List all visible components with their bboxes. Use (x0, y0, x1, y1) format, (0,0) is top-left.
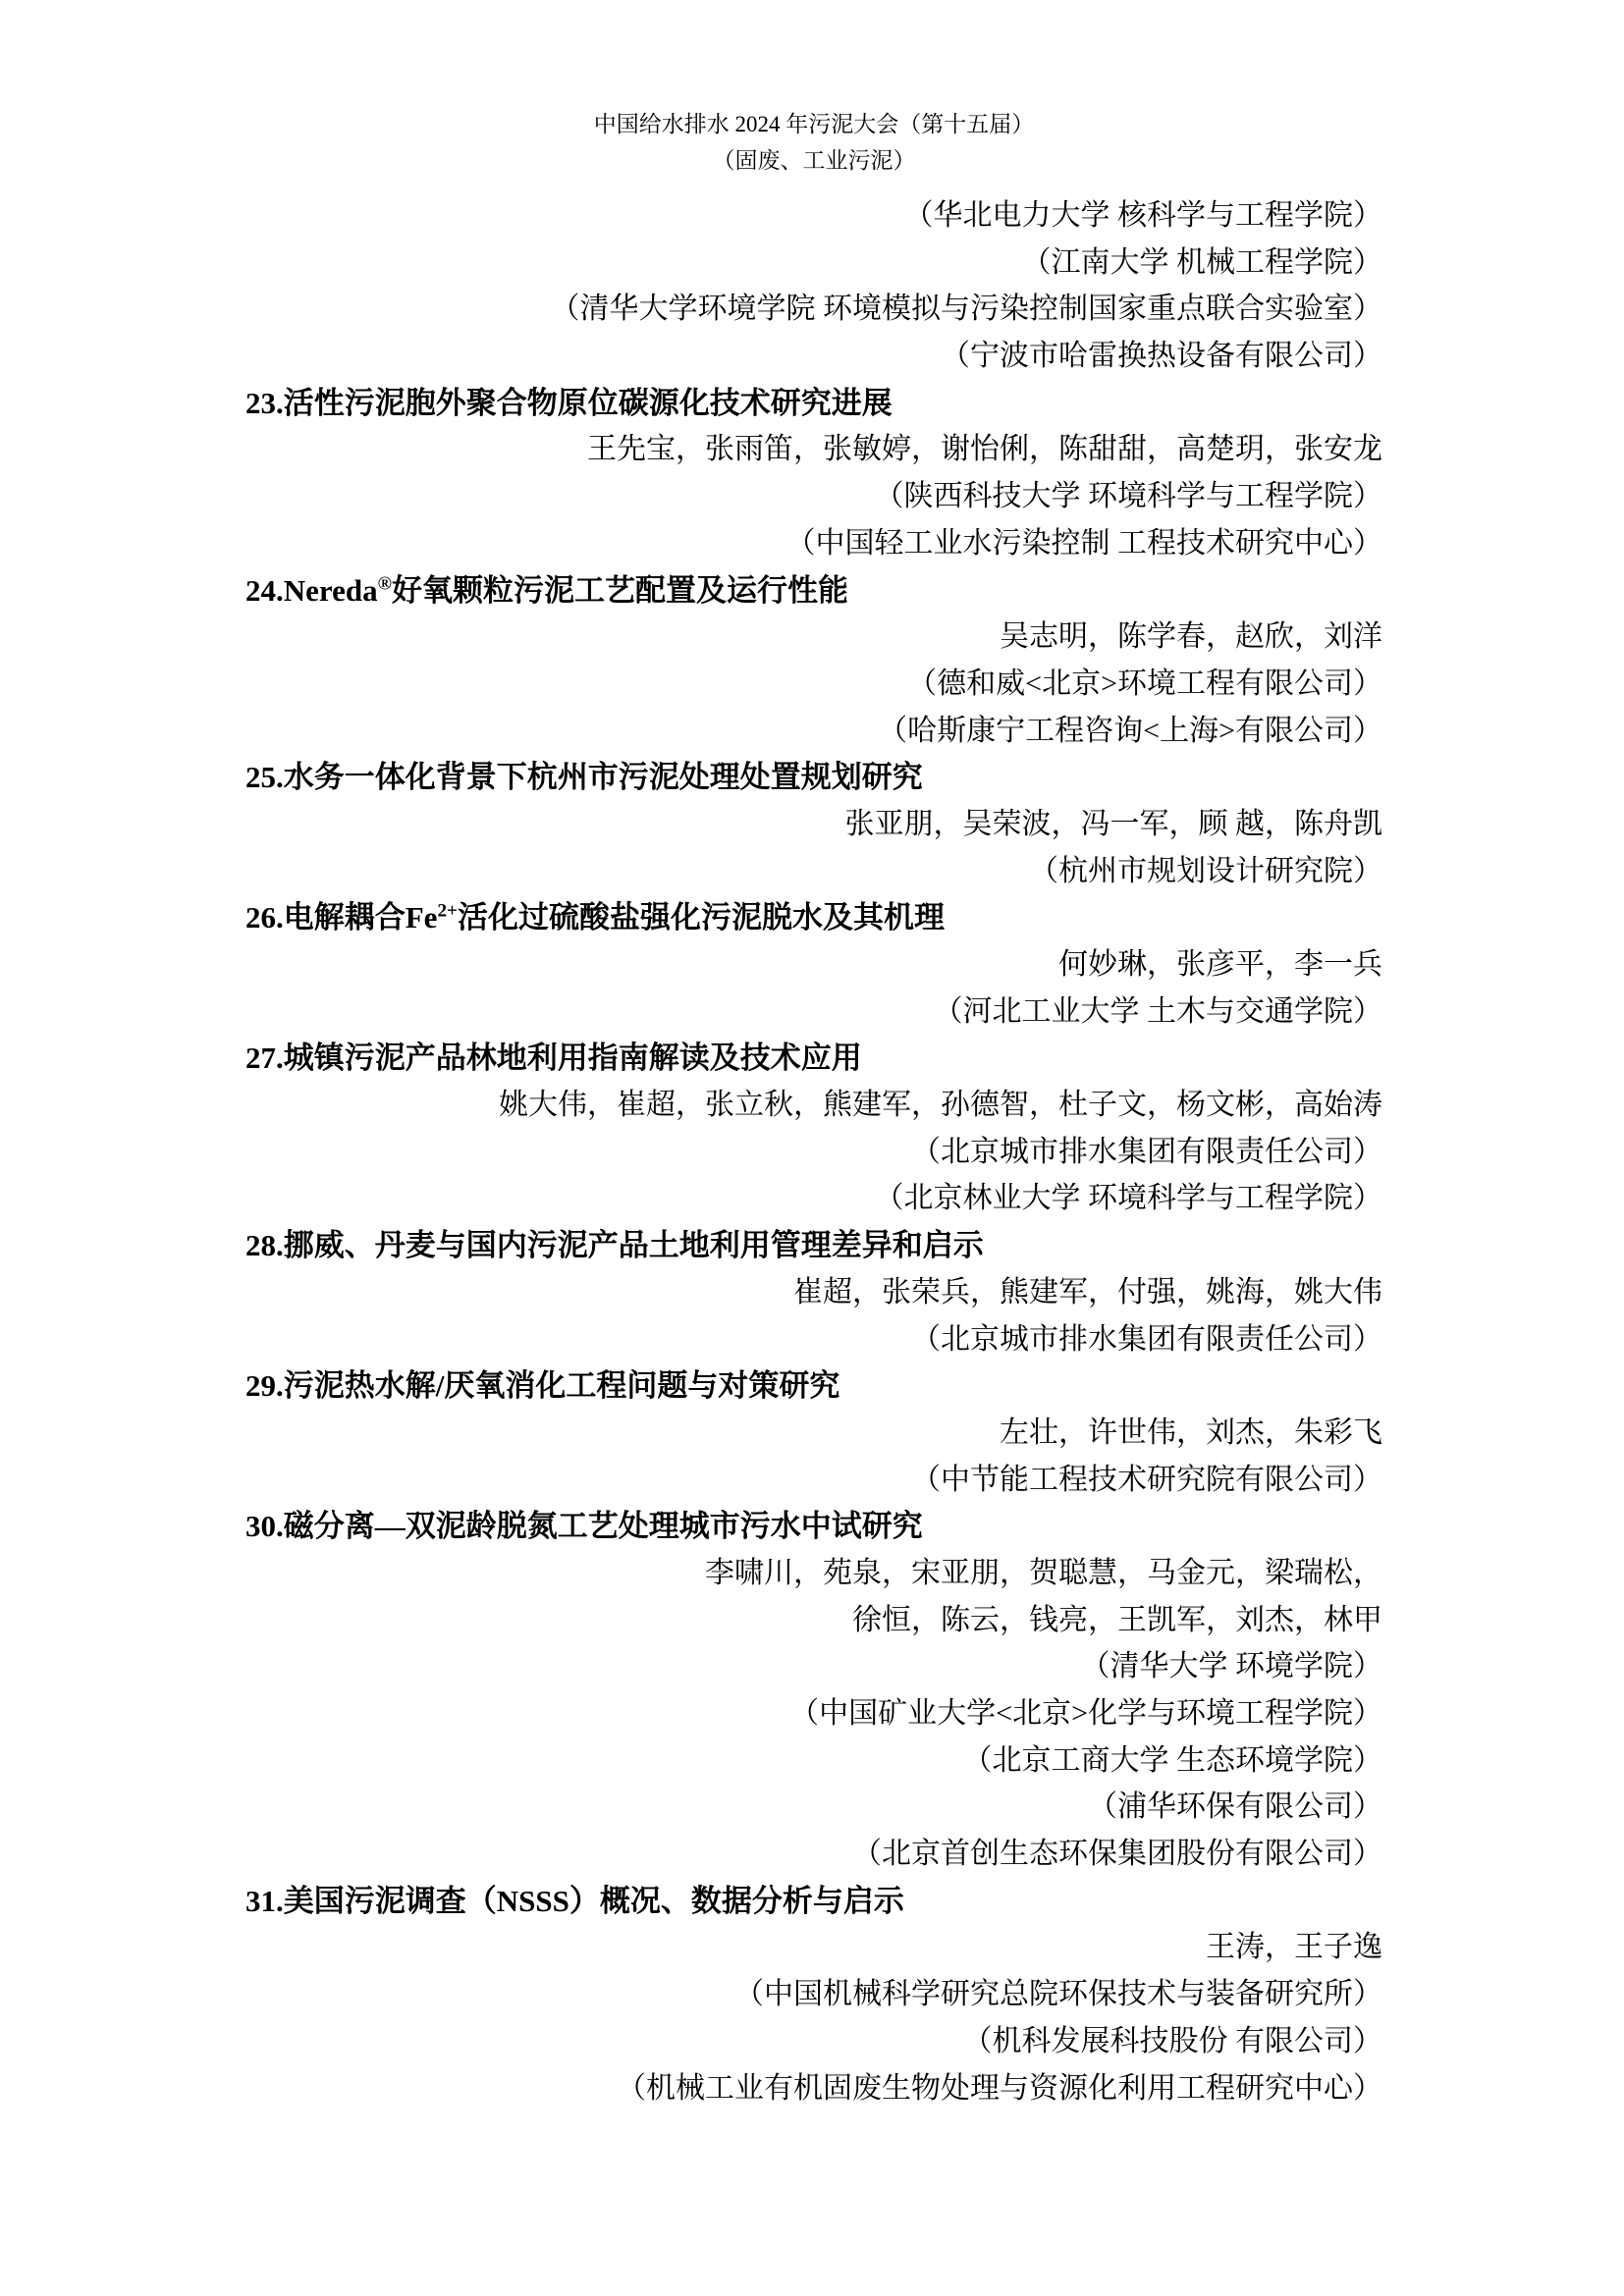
entry-number: 29. (245, 1368, 284, 1403)
entry-title-superscript: ® (378, 573, 392, 594)
entry-affiliation-line: （哈斯康宁工程咨询<上海>有限公司） (245, 708, 1382, 755)
paper-list: （华北电力大学 核科学与工程学院）（江南大学 机械工程学院）（清华大学环境学院 … (245, 192, 1382, 2111)
entry-number: 30. (245, 1509, 284, 1543)
entry-number: 25. (245, 760, 284, 794)
entry-author-line: 张亚朋，吴荣波，冯一军，顾 越，陈舟凯 (245, 801, 1382, 848)
entry-title-text: Nereda (284, 573, 378, 608)
entry-affiliation-line: （北京首创生态环保集团股份有限公司） (245, 1831, 1382, 1878)
entry-title: 31.美国污泥调查（NSSS）概况、数据分析与启示 (245, 1878, 1382, 1925)
entry-affiliation-line: （杭州市规划设计研究院） (245, 848, 1382, 895)
entry-affiliation-line: （机械工业有机固废生物处理与资源化利用工程研究中心） (245, 2065, 1382, 2112)
entry-affiliation-line: （中节能工程技术研究院有限公司） (245, 1457, 1382, 1504)
entry-affiliation-line: （中国矿业大学<北京>化学与环境工程学院） (245, 1690, 1382, 1737)
entry-title-text-after-sup: 活化过硫酸盐强化污泥脱水及其机理 (458, 900, 945, 934)
entry-number: 28. (245, 1228, 284, 1262)
entry-author-line: 徐恒，陈云，钱亮，王凯军，刘杰，林甲 (245, 1597, 1382, 1644)
carryover-affiliation-line: （宁波市哈雷换热设备有限公司） (245, 333, 1382, 380)
entry-author-line: 左壮，许世伟，刘杰，朱彩飞 (245, 1410, 1382, 1457)
entry-number: 23. (245, 386, 284, 420)
entry-affiliation-line: （清华大学 环境学院） (245, 1643, 1382, 1690)
entry-affiliation-line: （北京林业大学 环境科学与工程学院） (245, 1175, 1382, 1222)
entry-title-text: 电解耦合Fe (284, 900, 438, 934)
document-header: 中国给水排水 2024 年污泥大会（第十五届） （固废、工业污泥） (245, 106, 1382, 179)
entry-author-line: 吴志明，陈学春，赵欣，刘洋 (245, 614, 1382, 661)
entry-title: 23.活性污泥胞外聚合物原位碳源化技术研究进展 (245, 380, 1382, 427)
entry-affiliation-line: （北京城市排水集团有限责任公司） (245, 1129, 1382, 1176)
entry-title: 30.磁分离—双泥龄脱氮工艺处理城市污水中试研究 (245, 1503, 1382, 1550)
conference-subtitle-line: （固废、工业污泥） (245, 142, 1382, 179)
entry-affiliation-line: （中国机械科学研究总院环保技术与装备研究所） (245, 1971, 1382, 2018)
entry-title: 29.污泥热水解/厌氧消化工程问题与对策研究 (245, 1362, 1382, 1410)
entry-title: 24.Nereda®好氧颗粒污泥工艺配置及运行性能 (245, 567, 1382, 614)
entry-affiliation-line: （德和威<北京>环境工程有限公司） (245, 661, 1382, 708)
entry-title-text: 水务一体化背景下杭州市污泥处理处置规划研究 (284, 760, 923, 794)
entry-title-text: 污泥热水解/厌氧消化工程问题与对策研究 (284, 1368, 840, 1403)
entry-number: 24. (245, 573, 284, 608)
entry-author-line: 崔超，张荣兵，熊建军，付强，姚海，姚大伟 (245, 1269, 1382, 1316)
entry-number: 31. (245, 1884, 284, 1918)
entry-number: 26. (245, 900, 284, 934)
carryover-affiliation-line: （江南大学 机械工程学院） (245, 240, 1382, 287)
entry-affiliation-line: （北京城市排水集团有限责任公司） (245, 1316, 1382, 1363)
entry-title-superscript: 2+ (437, 901, 458, 922)
entry-title: 27.城镇污泥产品林地利用指南解读及技术应用 (245, 1035, 1382, 1082)
entry-title-text: 城镇污泥产品林地利用指南解读及技术应用 (284, 1041, 862, 1075)
entry-title-text: 磁分离—双泥龄脱氮工艺处理城市污水中试研究 (284, 1509, 923, 1543)
entry-title-text: 活性污泥胞外聚合物原位碳源化技术研究进展 (284, 386, 893, 420)
page-content: 中国给水排水 2024 年污泥大会（第十五届） （固废、工业污泥） （华北电力大… (0, 0, 1624, 2111)
entry-affiliation-line: （中国轻工业水污染控制 工程技术研究中心） (245, 520, 1382, 567)
entry-author-line: 王涛，王子逸 (245, 1924, 1382, 1971)
document-page: 中国给水排水 2024 年污泥大会（第十五届） （固废、工业污泥） （华北电力大… (0, 0, 1624, 2296)
entry-author-line: 何妙琳，张彦平，李一兵 (245, 941, 1382, 988)
entry-affiliation-line: （河北工业大学 土木与交通学院） (245, 988, 1382, 1036)
entry-title-text: 挪威、丹麦与国内污泥产品土地利用管理差异和启示 (284, 1228, 984, 1262)
carryover-affiliation-line: （华北电力大学 核科学与工程学院） (245, 192, 1382, 240)
entry-title-text: 美国污泥调查（NSSS）概况、数据分析与启示 (284, 1884, 904, 1918)
entry-number: 27. (245, 1041, 284, 1075)
entry-author-line: 姚大伟，崔超，张立秋，熊建军，孙德智，杜子文，杨文彬，高始涛 (245, 1082, 1382, 1129)
conference-title-line: 中国给水排水 2024 年污泥大会（第十五届） (245, 106, 1382, 142)
entry-title-text-after-sup: 好氧颗粒污泥工艺配置及运行性能 (392, 573, 848, 608)
entry-affiliation-line: （北京工商大学 生态环境学院） (245, 1737, 1382, 1785)
entry-affiliation-line: （浦华环保有限公司） (245, 1784, 1382, 1831)
entry-author-line: 王先宝，张雨笛，张敏婷，谢怡俐，陈甜甜，高楚玥，张安龙 (245, 426, 1382, 473)
entry-title: 26.电解耦合Fe2+活化过硫酸盐强化污泥脱水及其机理 (245, 894, 1382, 941)
entry-affiliation-line: （机科发展科技股份 有限公司） (245, 2018, 1382, 2065)
entry-title: 25.水务一体化背景下杭州市污泥处理处置规划研究 (245, 754, 1382, 801)
carryover-affiliation-line: （清华大学环境学院 环境模拟与污染控制国家重点联合实验室） (245, 286, 1382, 333)
entry-title: 28.挪威、丹麦与国内污泥产品土地利用管理差异和启示 (245, 1222, 1382, 1269)
entry-affiliation-line: （陕西科技大学 环境科学与工程学院） (245, 473, 1382, 520)
entry-author-line: 李啸川，苑泉，宋亚朋，贺聪慧，马金元，梁瑞松， (245, 1550, 1382, 1597)
